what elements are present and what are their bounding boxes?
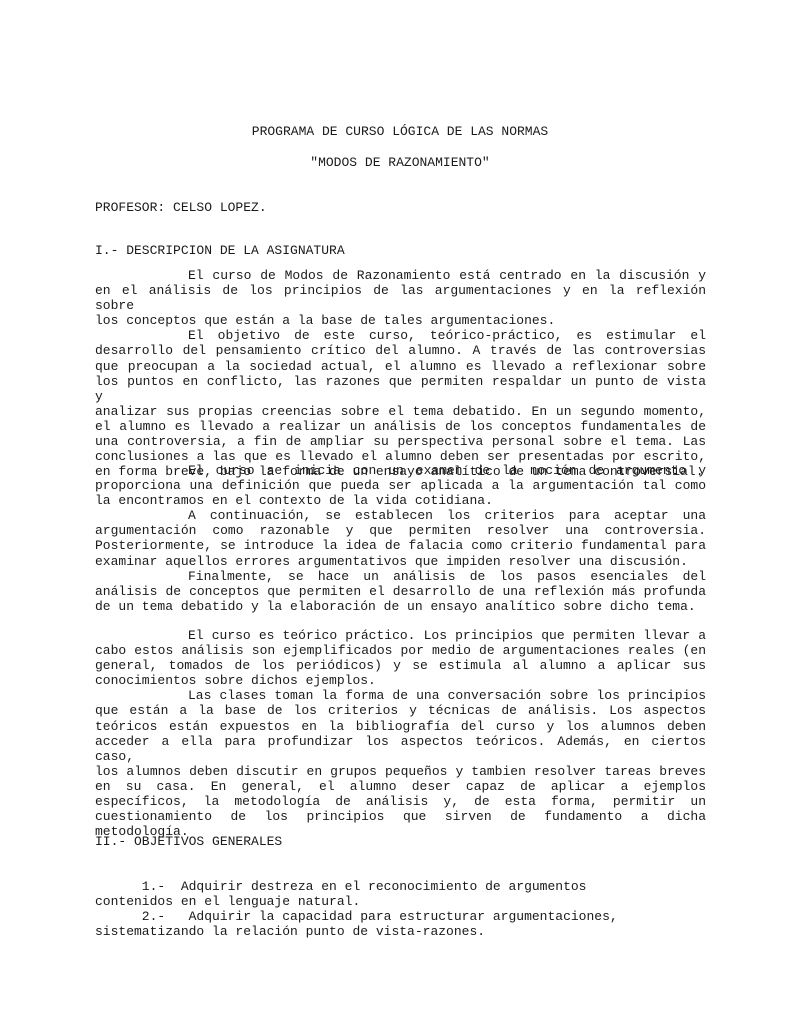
text-line: El objetivo de este curso, teórico-práct… — [95, 328, 706, 343]
text-line: acceder a ella para profundizar los aspe… — [95, 734, 706, 764]
text-line: en su casa. En general, el alumno deser … — [95, 779, 706, 794]
text-line: A continuación, se establecen los criter… — [95, 508, 706, 523]
text-line: proporciona una definición que pueda ser… — [95, 478, 706, 493]
text-line: de un tema debatido y la elaboración de … — [95, 599, 706, 614]
text-line: El curso se inicia con un examen de la n… — [95, 463, 706, 478]
text-line: Posteriormente, se introduce la idea de … — [95, 538, 706, 553]
objectives-list: 1.- Adquirir destreza en el reconocimien… — [95, 879, 706, 939]
document-subtitle: "MODOS DE RAZONAMIENTO" — [0, 155, 800, 170]
text-line: que están a la base de los criterios y t… — [95, 703, 706, 718]
text-line: los alumnos deben discutir en grupos peq… — [95, 764, 706, 779]
section-heading-objetivos: II.- OBJETIVOS GENERALES — [95, 834, 706, 849]
text-line: en el análisis de los principios de las … — [95, 283, 706, 313]
text-line: conocimientos sobre dichos ejemplos. — [95, 673, 706, 688]
list-item-line: contenidos en el lenguaje natural. — [95, 894, 706, 909]
text-line: específicos, la metodología de análisis … — [95, 794, 706, 809]
text-line: la encontramos en el contexto de la vida… — [95, 493, 706, 508]
text-line: El curso de Modos de Razonamiento está c… — [95, 268, 706, 283]
paragraph-block-3: El curso es teórico práctico. Los princi… — [95, 628, 706, 839]
list-item-line: 2.- Adquirir la capacidad para estructur… — [95, 909, 706, 924]
text-line: El curso es teórico práctico. Los princi… — [95, 628, 706, 643]
professor-line: PROFESOR: CELSO LOPEZ. — [95, 200, 706, 215]
text-line: general, tomados de los periódicos) y se… — [95, 658, 706, 673]
text-line: el alumno es llevado a realizar un análi… — [95, 419, 706, 434]
list-item-line: sistematizando la relación punto de vist… — [95, 924, 706, 939]
text-line: teóricos están expuestos en la bibliogra… — [95, 719, 706, 734]
text-line: conclusiones a las que es llevado el alu… — [95, 449, 706, 464]
text-line: Finalmente, se hace un análisis de los p… — [95, 569, 706, 584]
text-line: desarrollo del pensamiento crítico del a… — [95, 343, 706, 358]
text-line: argumentación como razonable y que permi… — [95, 523, 706, 538]
text-line: los conceptos que están a la base de tal… — [95, 313, 706, 328]
text-line: Las clases toman la forma de una convers… — [95, 688, 706, 703]
text-line: cabo estos análisis son ejemplificados p… — [95, 643, 706, 658]
paragraph-block-2: El curso se inicia con un examen de la n… — [95, 463, 706, 614]
paragraph-block-1: El curso de Modos de Razonamiento está c… — [95, 268, 706, 479]
text-line: examinar aquellos errores argumentativos… — [95, 554, 706, 569]
section-heading-descripcion: I.- DESCRIPCION DE LA ASIGNATURA — [95, 243, 706, 258]
text-line: analizar sus propias creencias sobre el … — [95, 404, 706, 419]
list-item-line: 1.- Adquirir destreza en el reconocimien… — [95, 879, 706, 894]
document-title: PROGRAMA DE CURSO LÓGICA DE LAS NORMAS — [0, 124, 800, 139]
text-line: los puntos en conflicto, las razones que… — [95, 374, 706, 404]
text-line: que preocupan a la sociedad actual, el a… — [95, 359, 706, 374]
text-line: análisis de conceptos que permiten el de… — [95, 584, 706, 599]
text-line: una controversia, a fin de ampliar su pe… — [95, 434, 706, 449]
